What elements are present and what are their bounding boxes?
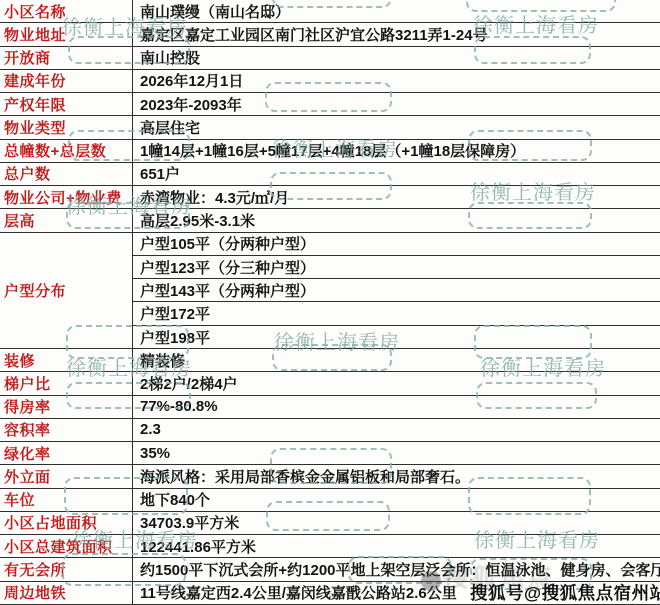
row-value: 南山控股: [133, 47, 660, 69]
table-row: 小区占地面积 34703.9平方米: [0, 512, 660, 535]
row-value: 赤湾物业：4.3元/㎡/月: [133, 186, 660, 208]
table-row: 物业公司+物业费 赤湾物业：4.3元/㎡/月: [0, 186, 660, 209]
row-value: 2026年12月1日: [133, 70, 660, 92]
table-row: 物业地址 嘉定区嘉定工业园区南门社区沪宜公路3211弄1-24号: [0, 23, 660, 46]
table-row: 产权年限 2023年-2093年: [0, 93, 660, 116]
row-label: 小区占地面积: [0, 512, 133, 534]
huxing-row-group: 户型分布 户型105平（分两种户型） 户型123平（分三种户型） 户型143平（…: [0, 233, 660, 349]
row-label: 容积率: [0, 419, 133, 441]
row-label: 得房率: [0, 396, 133, 418]
row-value: 2梯2户/2梯4户: [133, 372, 660, 394]
table-row: 容积率 2.3: [0, 419, 660, 442]
table-row: 装修 精装修: [0, 349, 660, 372]
row-value: 高层2.95米-3.1米: [133, 209, 660, 231]
table-row: 周边地铁 11号线嘉定西2.4公里/嘉闵线嘉戬公路站2.6公里: [0, 582, 660, 605]
table-row: 绿化率 35%: [0, 442, 660, 465]
row-value: 34703.9平方米: [133, 512, 660, 534]
row-value: 35%: [133, 442, 660, 464]
row-value: 高层住宅: [133, 116, 660, 138]
row-label: 物业类型: [0, 116, 133, 138]
row-label: 开放商: [0, 47, 133, 69]
table-row: 总户数 651户: [0, 163, 660, 186]
row-value: 2.3: [133, 419, 660, 441]
huxing-values: 户型105平（分两种户型） 户型123平（分三种户型） 户型143平（分两种户型…: [133, 233, 660, 348]
row-value: 651户: [133, 163, 660, 185]
row-value: 嘉定区嘉定工业园区南门社区沪宜公路3211弄1-24号: [133, 23, 660, 45]
row-value: 户型172平: [133, 302, 660, 325]
row-value: 海派风格：采用局部香槟金金属铝板和局部奢石。: [133, 465, 660, 487]
table-row: 得房率 77%-80.8%: [0, 396, 660, 419]
table-row: 物业类型 高层住宅: [0, 116, 660, 139]
row-value: 南山璞缦（南山名邸）: [133, 0, 660, 22]
table-row: 有无会所 约1500平下沉式会所+约1200平地上架空层泛会所：恒温泳池、健身房…: [0, 558, 660, 581]
row-label: 层高: [0, 209, 133, 231]
row-label: 装修: [0, 349, 133, 371]
property-table: 小区名称 南山璞缦（南山名邸） 物业地址 嘉定区嘉定工业园区南门社区沪宜公路32…: [0, 0, 660, 605]
row-value: 户型198平: [133, 326, 660, 349]
table-row: 总幢数+总层数 1幢14层+1幢16层+5幢17层+4幢18层（+1幢18层保障…: [0, 140, 660, 163]
row-label: 户型分布: [0, 233, 133, 348]
row-value: 2023年-2093年: [133, 93, 660, 115]
row-value: 地下840个: [133, 489, 660, 511]
row-label: 物业公司+物业费: [0, 186, 133, 208]
table-row: 层高 高层2.95米-3.1米: [0, 209, 660, 232]
table-row: 外立面 海派风格：采用局部香槟金金属铝板和局部奢石。: [0, 465, 660, 488]
row-label: 外立面: [0, 465, 133, 487]
row-label: 建成年份: [0, 70, 133, 92]
table-row: 建成年份 2026年12月1日: [0, 70, 660, 93]
table-row: 开放商 南山控股: [0, 47, 660, 70]
row-label: 车位: [0, 489, 133, 511]
row-value: 1幢14层+1幢16层+5幢17层+4幢18层（+1幢18层保障房）: [133, 140, 660, 162]
row-value: 77%-80.8%: [133, 396, 660, 418]
row-label: 梯户比: [0, 372, 133, 394]
row-value: 11号线嘉定西2.4公里/嘉闵线嘉戬公路站2.6公里: [133, 582, 660, 604]
row-label: 物业地址: [0, 23, 133, 45]
table-row: 小区名称 南山璞缦（南山名邸）: [0, 0, 660, 23]
row-label: 小区总建筑面积: [0, 535, 133, 557]
row-label: 总幢数+总层数: [0, 140, 133, 162]
row-label: 有无会所: [0, 558, 133, 580]
row-label: 周边地铁: [0, 582, 133, 604]
table-row: 车位 地下840个: [0, 489, 660, 512]
row-value: 约1500平下沉式会所+约1200平地上架空层泛会所：恒温泳池、健身房、会客厅等: [133, 558, 660, 580]
row-value: 122441.86平方米: [133, 535, 660, 557]
row-value: 户型143平（分两种户型）: [133, 279, 660, 302]
table-row: 梯户比 2梯2户/2梯4户: [0, 372, 660, 395]
table-row: 小区总建筑面积 122441.86平方米: [0, 535, 660, 558]
row-value: 精装修: [133, 349, 660, 371]
property-info-table-page: 小区名称 南山璞缦（南山名邸） 物业地址 嘉定区嘉定工业园区南门社区沪宜公路32…: [0, 0, 660, 605]
row-label: 小区名称: [0, 0, 133, 22]
row-label: 产权年限: [0, 93, 133, 115]
row-label: 总户数: [0, 163, 133, 185]
row-value: 户型123平（分三种户型）: [133, 256, 660, 279]
row-value: 户型105平（分两种户型）: [133, 233, 660, 256]
row-label: 绿化率: [0, 442, 133, 464]
